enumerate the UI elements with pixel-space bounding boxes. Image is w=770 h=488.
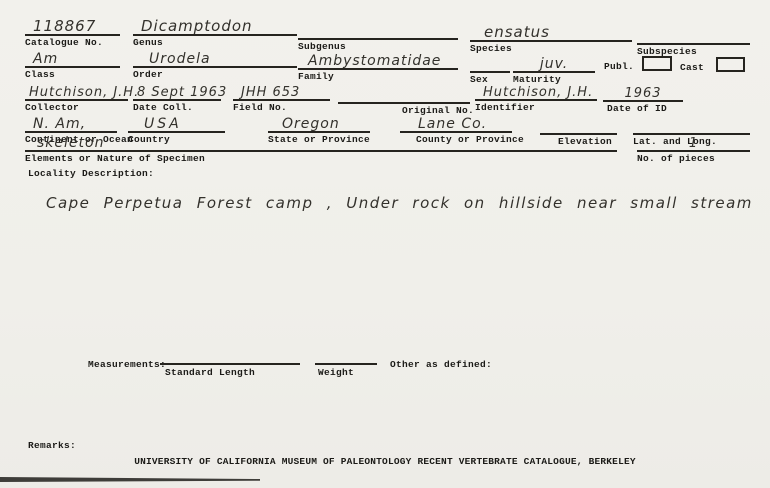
cast-label: Cast <box>680 62 704 73</box>
date-of-id-label: Date of ID <box>603 102 683 114</box>
subgenus-value <box>298 22 458 40</box>
field-subgenus: Subgenus <box>298 22 458 52</box>
lat-long-value <box>633 117 750 135</box>
collector-label: Collector <box>25 101 128 113</box>
family-value: Ambystomatidae <box>298 52 458 70</box>
scan-edge-artifact <box>0 477 260 482</box>
sex-value <box>470 55 510 73</box>
field-sex: Sex <box>470 55 510 85</box>
family-label: Family <box>298 70 458 82</box>
weight-line <box>315 351 377 365</box>
field-original-no: Original No. <box>338 86 470 116</box>
no-pieces-value: 1 <box>637 134 750 152</box>
locality-value: Cape Perpetua Forest camp , Under rock o… <box>46 194 753 212</box>
field-species: ensatus Species <box>470 24 632 54</box>
species-value: ensatus <box>470 24 632 42</box>
catalog-card: 118867 Catalogue No. Dicamptodon Genus S… <box>0 0 770 488</box>
field-order: Urodela Order <box>133 50 297 80</box>
standard-length-label: Standard Length <box>165 367 255 378</box>
other-as-defined-label: Other as defined: <box>390 359 492 370</box>
field-family: Ambystomatidae Family <box>298 52 458 82</box>
elevation-value <box>540 117 617 135</box>
field-subspecies: Subspecies <box>637 27 750 57</box>
field-no-value: JHH 653 <box>233 83 330 101</box>
catalogue-no-label: Catalogue No. <box>25 36 120 48</box>
remarks-label: Remarks: <box>28 440 76 451</box>
original-no-value <box>338 86 470 104</box>
county-province-value: Lane Co. <box>400 115 512 133</box>
publ-checkbox <box>642 56 672 71</box>
publ-label: Publ. <box>604 61 634 72</box>
subspecies-value <box>637 27 750 45</box>
field-maturity: juv. Maturity <box>513 55 595 85</box>
date-coll-label: Date Coll. <box>133 101 221 113</box>
class-label: Class <box>25 68 120 80</box>
field-identifier: Hutchison, J.H. Identifier <box>475 83 597 113</box>
field-date-of-id: 1963 Date of ID <box>603 84 683 114</box>
field-no-label: Field No. <box>233 101 330 113</box>
maturity-value: juv. <box>513 55 595 73</box>
field-class: Am Class <box>25 50 120 80</box>
order-label: Order <box>133 68 297 80</box>
locality-label: Locality Description: <box>28 168 154 179</box>
date-of-id-value: 1963 <box>603 84 683 102</box>
date-coll-value: 8 Sept 1963 <box>133 83 221 101</box>
species-label: Species <box>470 42 632 54</box>
state-province-value: Oregon <box>268 115 370 133</box>
footer-institution-text: UNIVERSITY OF CALIFORNIA MUSEUM OF PALEO… <box>0 456 770 467</box>
country-value: USA <box>128 115 225 133</box>
subgenus-label: Subgenus <box>298 40 458 52</box>
measurements-label: Measurements: <box>88 359 166 370</box>
field-collector: Hutchison, J.H. Collector <box>25 83 128 113</box>
weight-label: Weight <box>318 367 354 378</box>
identifier-value: Hutchison, J.H. <box>475 83 597 101</box>
genus-label: Genus <box>133 36 297 48</box>
catalogue-no-value: 118867 <box>25 18 120 36</box>
continent-ocean-value: N. Am, <box>25 115 117 133</box>
identifier-label: Identifier <box>475 101 597 113</box>
no-pieces-label: No. of pieces <box>637 152 750 164</box>
collector-value: Hutchison, J.H. <box>25 83 128 101</box>
field-date-coll: 8 Sept 1963 Date Coll. <box>133 83 221 113</box>
field-genus: Dicamptodon Genus <box>133 18 297 48</box>
order-value: Urodela <box>133 50 297 68</box>
cast-checkbox <box>716 57 745 72</box>
field-field-no: JHH 653 Field No. <box>233 83 330 113</box>
field-no-pieces: 1 No. of pieces <box>637 134 750 164</box>
standard-length-line <box>160 351 300 365</box>
class-value: Am <box>25 50 120 68</box>
field-catalogue-no: 118867 Catalogue No. <box>25 18 120 48</box>
elements-label: Elements or Nature of Specimen <box>25 152 617 164</box>
elements-value: skeleton <box>25 134 617 152</box>
genus-value: Dicamptodon <box>133 18 297 36</box>
field-elements: skeleton Elements or Nature of Specimen <box>25 134 617 164</box>
